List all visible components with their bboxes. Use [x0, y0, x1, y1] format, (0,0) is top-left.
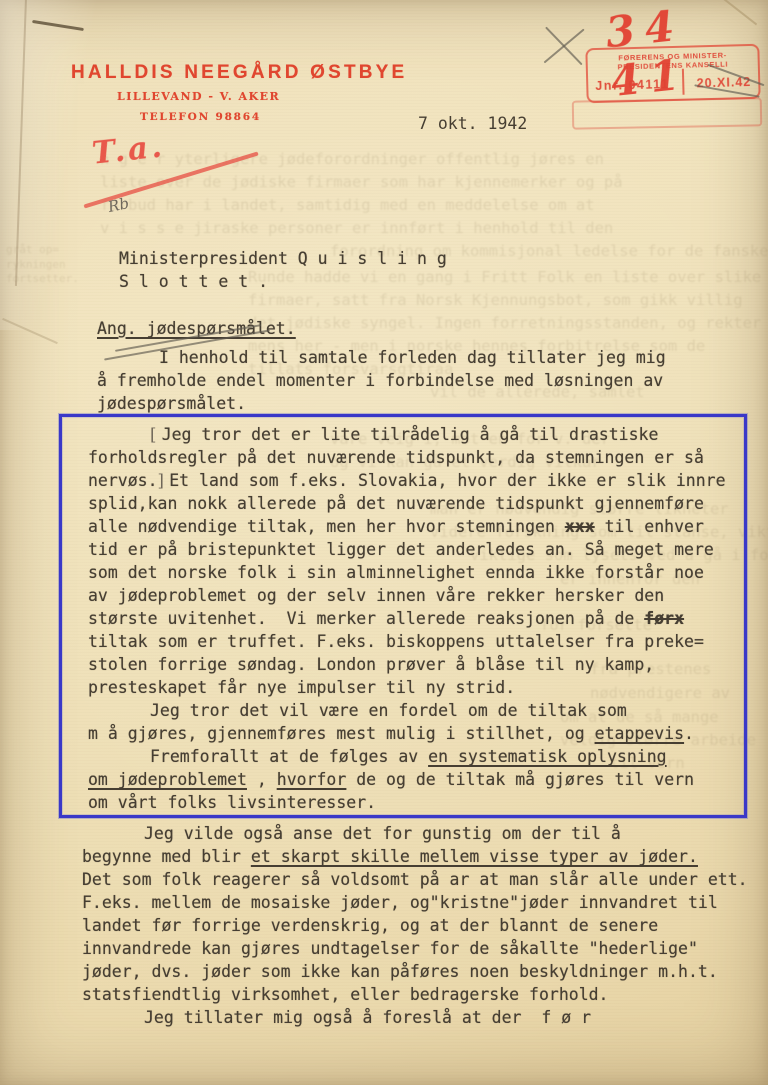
bleedthrough-line: forbud har i landet, samtidig med en med…	[100, 196, 595, 214]
text-run: Fremforallt at de følges av	[150, 747, 428, 766]
text-run: splid,kan nokk allerede på det nuværende…	[88, 494, 704, 513]
typed-line: forholdsregler på det nuværende tidspunk…	[88, 446, 744, 469]
stamp-journal-number: Jnr. 04111	[595, 77, 669, 93]
text-run: ,	[247, 770, 277, 789]
letterhead-name: HALLDIS NEEGÅRD ØSTBYE	[71, 62, 407, 84]
text-run: tid er på bristepunktet ligger det ander…	[88, 540, 714, 559]
recipient-and-subject-block: Ministerpresident Q u i s l i n gS l o t…	[97, 247, 666, 415]
text-run: ]	[158, 471, 170, 490]
blue-annotation-box: [ Jeg tror det er lite tilrådelig å gå t…	[59, 414, 747, 818]
text-run: en systematisk oplysning	[428, 747, 666, 766]
text-run: Det som folk reagerer så voldsomt på ar …	[82, 870, 748, 889]
pencil-x-mark	[544, 28, 585, 63]
typed-line: Ang. jødespørsmålet.	[97, 317, 666, 340]
text-run: hvorfor	[277, 770, 347, 789]
typed-line: alle nødvendige tiltak, men her hvor ste…	[88, 515, 744, 538]
typed-line: Jeg tillater mig også å foreslå at der f…	[82, 1006, 748, 1029]
text-run: jødespørsmålet.	[97, 394, 246, 413]
typed-line: nervøs.] Et land som f.eks. Slovakia, hv…	[88, 469, 744, 492]
scanned-letter-page: n g e r yterligere jødeforordninger offe…	[0, 0, 768, 1085]
text-run: om vårt folks livsinteresser.	[88, 793, 376, 812]
typed-line: innvandrede kan gjøres undtagelser for d…	[82, 937, 748, 960]
text-run: til enhver	[595, 517, 704, 536]
typed-line: Fremforallt at de følges av en systemati…	[88, 745, 744, 768]
text-run: Et land som f.eks. Slovakia, hvor der ik…	[169, 471, 725, 490]
text-run: begynne med blir	[82, 847, 251, 866]
typed-line: Jeg tror det vil være en fordel om de ti…	[88, 699, 744, 722]
typed-line: presteskapet får nye impulser til ny str…	[88, 676, 744, 699]
text-run: forholdsregler på det nuværende tidspunk…	[88, 448, 704, 467]
text-run: de og de tiltak må gjøres til vern	[346, 770, 694, 789]
text-run: Ministerpresident Q u i s l i n g	[119, 249, 447, 268]
text-run: [	[150, 425, 162, 444]
typed-line: jøder, dvs. jøder som ikke kan påføres n…	[82, 960, 748, 983]
typed-line: av jødeproblemet og der selv innen våre …	[88, 584, 744, 607]
paper-crease-left-edge	[15, 0, 27, 286]
typed-line: I henhold til samtale forleden dag tilla…	[97, 346, 666, 369]
typed-line: Jeg vilde også anse det for gunstig om d…	[82, 822, 748, 845]
text-run: førx	[644, 609, 684, 628]
typed-line: m å gjøres, gjennemføres mest mulig i st…	[88, 722, 744, 745]
paper-crease-left	[2, 318, 58, 344]
typed-line: om jødeproblemet , hvorfor de og de tilt…	[88, 768, 744, 791]
text-run: Jeg tror det vil være en fordel om de ti…	[150, 701, 627, 720]
text-run: å fremholde endel momenter i forbindelse…	[97, 371, 663, 390]
closing-paragraphs: Jeg vilde også anse det for gunstig om d…	[82, 822, 748, 1029]
bleedthrough-line: n g e r yterligere jødeforordninger offe…	[100, 150, 604, 168]
text-run: nervøs.	[88, 471, 158, 490]
typed-line: landet før forrige verdenskrig, og at de…	[82, 914, 748, 937]
text-run: etappevis	[595, 724, 684, 743]
text-run: største uvitenhet. Vi merker allerede re…	[88, 609, 644, 628]
bleedthrough-line: gråt op=	[6, 243, 59, 256]
typed-line: stolen forrige søndag. London prøver å b…	[88, 653, 744, 676]
typed-line: statsfiendtlig virksomhet, eller bedrage…	[82, 983, 748, 1006]
pencil-initials: Rb	[106, 194, 130, 216]
typed-line: splid,kan nokk allerede på det nuværende…	[88, 492, 744, 515]
typed-line: største uvitenhet. Vi merker allerede re…	[88, 607, 744, 630]
typed-line: Det som folk reagerer så voldsomt på ar …	[82, 868, 748, 891]
text-run: F.eks. mellem de mosaiske jøder, og"kris…	[82, 893, 718, 912]
text-run: Jeg tror det er lite tilrådelig å gå til…	[162, 425, 659, 444]
text-run: m å gjøres, gjennemføres mest mulig i st…	[88, 724, 595, 743]
handwritten-red-initials: T.a.	[90, 128, 166, 171]
typed-line: Ministerpresident Q u i s l i n g	[97, 247, 666, 270]
typed-line: S l o t t e t .	[97, 270, 666, 293]
text-run: .	[684, 724, 694, 743]
text-run: av jødeproblemet og der selv innen våre …	[88, 586, 664, 605]
text-run: som det norske folk i sin alminnelighet …	[88, 563, 704, 582]
bleedthrough-line: rykningen	[6, 258, 66, 271]
text-run: Jeg tillater mig også å foreslå at der f…	[144, 1008, 591, 1027]
boxed-paragraphs: [ Jeg tror det er lite tilrådelig å gå t…	[62, 417, 744, 814]
bleedthrough-line: v i s s e jiraske personer er innført i …	[100, 219, 613, 237]
typed-line: [ Jeg tror det er lite tilrådelig å gå t…	[88, 423, 744, 446]
text-run: om jødeproblemet	[88, 770, 247, 789]
text-run: xxx	[565, 517, 595, 536]
text-run: tiltak som er truffet. F.eks. biskoppens…	[88, 632, 704, 651]
stamp-secondary-box	[572, 97, 762, 129]
text-run: statsfiendtlig virksomhet, eller bedrage…	[82, 985, 609, 1004]
paper-crease-mark	[32, 20, 84, 31]
typed-line: jødespørsmålet.	[97, 392, 666, 415]
text-run: Jeg vilde også anse det for gunstig om d…	[144, 824, 621, 843]
letter-date: 7 okt. 1942	[418, 112, 527, 135]
text-run: alle nødvendige tiltak, men her hvor ste…	[88, 517, 565, 536]
text-run: stolen forrige søndag. London prøver å b…	[88, 655, 654, 674]
typed-line: begynne med blir et skarpt skille mellem…	[82, 845, 748, 868]
letterhead-phone: TELEFON 98864	[140, 111, 261, 123]
typed-line: om vårt folks livsinteresser.	[88, 791, 744, 814]
typed-line: F.eks. mellem de mosaiske jøder, og"kris…	[82, 891, 748, 914]
text-run: presteskapet får nye impulser til ny str…	[88, 678, 515, 697]
text-run: S l o t t e t .	[119, 272, 268, 291]
bleedthrough-line: fortsetter.	[6, 272, 79, 285]
letterhead-address: LILLEVAND - V. AKER	[117, 90, 280, 103]
text-run: jøder, dvs. jøder som ikke kan påføres n…	[82, 962, 718, 981]
typed-line: å fremholde endel momenter i forbindelse…	[97, 369, 666, 392]
text-run: landet før forrige verdenskrig, og at de…	[82, 916, 658, 935]
text-run: innvandrede kan gjøres undtagelser for d…	[82, 939, 698, 958]
text-run: et skarpt skille mellem visse typer av j…	[251, 847, 698, 866]
typed-line: som det norske folk i sin alminnelighet …	[88, 561, 744, 584]
text-run: I henhold til samtale forleden dag tilla…	[159, 348, 666, 367]
stamp-divider	[681, 69, 684, 95]
typed-line: tid er på bristepunktet ligger det ander…	[88, 538, 744, 561]
typed-line: tiltak som er truffet. F.eks. biskoppens…	[88, 630, 744, 653]
